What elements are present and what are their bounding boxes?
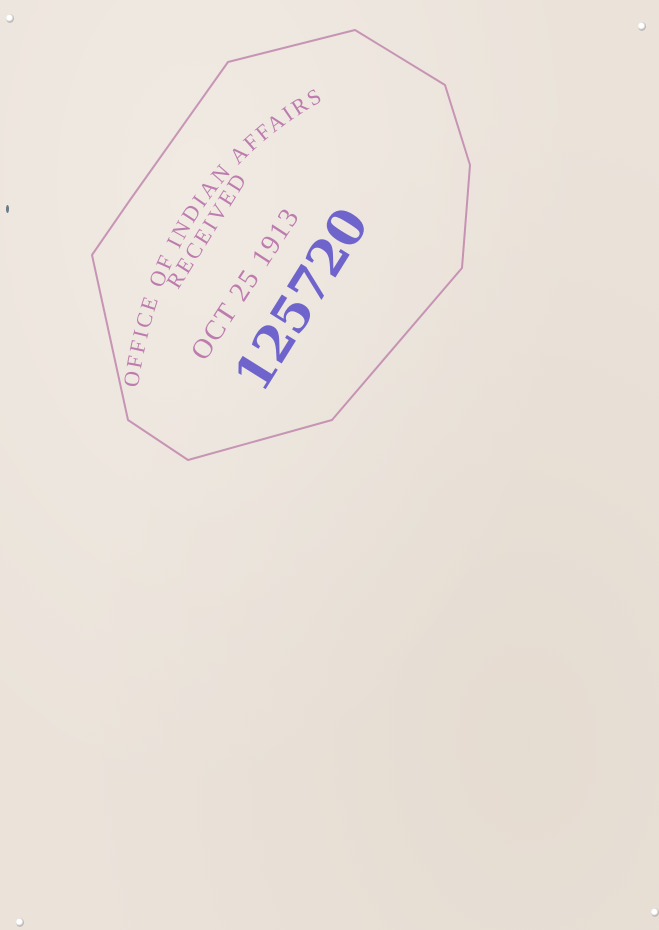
receipt-stamp: OFFICE OF INDIAN AFFAIRS RECEIVED OCT 25… bbox=[0, 0, 659, 930]
